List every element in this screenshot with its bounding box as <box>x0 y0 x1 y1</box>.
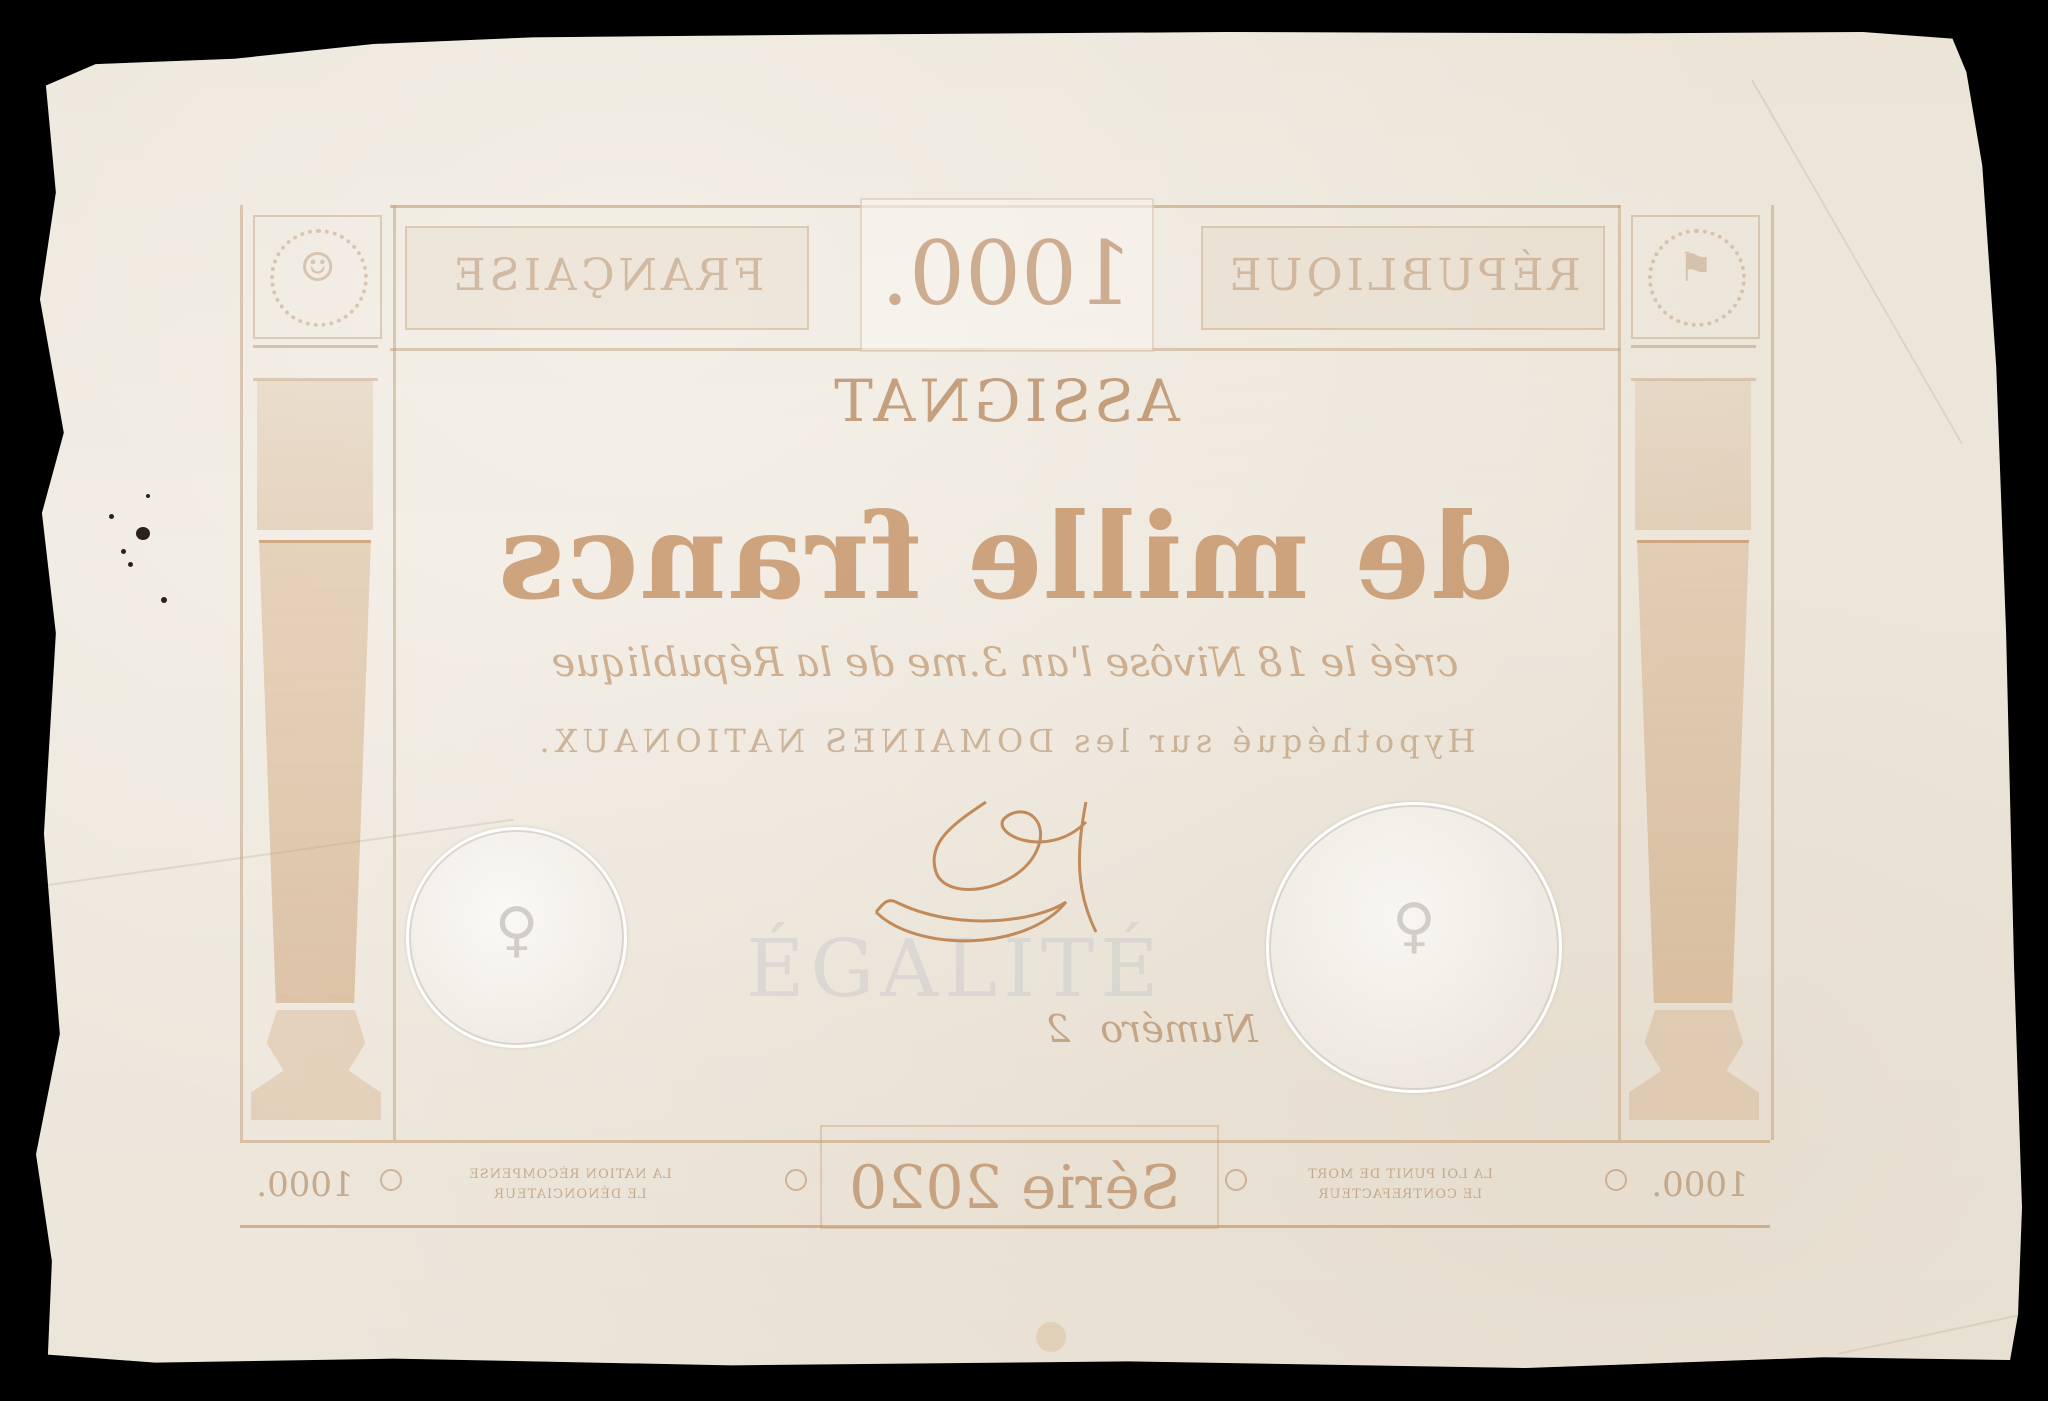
cap-of-liberty-medallion-icon: ⚑ <box>1633 245 1758 291</box>
right-medallion: ⚑ <box>1631 215 1760 339</box>
column-shaft <box>1637 540 1749 1003</box>
header-band: FRANÇAISE 1000. RÉPUBLIQUE <box>390 205 1620 351</box>
footer-left-small-text: LA NATION RÉCOMPENSE LE DÉNONCIATEUR <box>420 1165 720 1225</box>
header-right-text: FRANÇAISE <box>407 250 807 301</box>
footer-small-line: LE DÉNONCIATEUR <box>420 1185 720 1205</box>
mortgage-line: Hypothéqué sur les DOMAINES NATIONAUX. <box>390 722 1620 760</box>
column-shaft <box>259 540 371 1003</box>
right-embossed-seal: ♀ <box>1266 802 1562 1093</box>
allegorical-figure-icon: ♀ <box>409 895 624 965</box>
numero-value: 2 <box>1046 1007 1070 1051</box>
header-left-text: RÉPUBLIQUE <box>1203 250 1603 301</box>
paper-stain <box>1036 1322 1066 1352</box>
signature <box>836 782 1126 962</box>
header-left-panel: FRANÇAISE <box>405 226 809 330</box>
right-column-ornament: ⚑ <box>1618 205 1774 1140</box>
footer-left-number: 1000. <box>1640 1165 1760 1225</box>
numero-label: Numéro <box>1100 1007 1257 1051</box>
footer-band: 1000. LA NATION RÉCOMPENSE LE DÉNONCIATE… <box>240 1140 1770 1228</box>
paper-crease <box>1838 1311 2034 1355</box>
footer-small-line: LA NATION RÉCOMPENSE <box>420 1165 720 1185</box>
header-right-panel: RÉPUBLIQUE <box>1201 226 1605 330</box>
signature-flourish-icon <box>836 782 1136 972</box>
column-base <box>1629 1010 1759 1120</box>
column-capital <box>253 345 378 381</box>
rosette-icon <box>1605 1169 1627 1191</box>
creation-line: créé le 18 Nivôse l'an 3.me de la Républ… <box>390 640 1620 686</box>
header-denomination: 1000. <box>862 222 1152 325</box>
rosette-icon <box>1225 1169 1247 1191</box>
rosette-icon <box>785 1169 807 1191</box>
denomination-title: de mille francs <box>390 487 1620 626</box>
profile-medallion-icon: ☺ <box>255 245 380 291</box>
column-upper <box>257 380 373 530</box>
serie-label: Série <box>1021 1153 1181 1223</box>
assignat-title: ASSIGNAT <box>390 367 1620 435</box>
column-base <box>251 1010 381 1120</box>
column-upper <box>1635 380 1751 530</box>
left-medallion: ☺ <box>253 215 382 339</box>
rosette-icon <box>380 1169 402 1191</box>
footer-small-line: LE CONTREFACTEUR <box>1250 1185 1550 1205</box>
numero: Numéro 2 <box>1046 1007 1258 1051</box>
footer-right-number: 1000. <box>245 1165 365 1225</box>
serie: Série 2020 <box>825 1153 1205 1213</box>
left-embossed-seal: ♀ <box>406 827 627 1048</box>
footer-right-small-text: LA LOI PUNIT DE MORT LE CONTREFACTEUR <box>1250 1165 1550 1225</box>
left-column-ornament: ☺ <box>240 205 396 1140</box>
serie-number: 2020 <box>849 1153 1002 1223</box>
banknote-paper: FRANÇAISE 1000. RÉPUBLIQUE ☺ ⚑ ASSIGNAT … <box>36 32 2022 1368</box>
denomination-box: 1000. <box>860 198 1154 352</box>
standing-figure-icon: ♀ <box>1269 891 1559 961</box>
footer-small-line: LA LOI PUNIT DE MORT <box>1250 1165 1550 1185</box>
column-capital <box>1631 345 1756 381</box>
paper-crease <box>1751 80 1963 445</box>
